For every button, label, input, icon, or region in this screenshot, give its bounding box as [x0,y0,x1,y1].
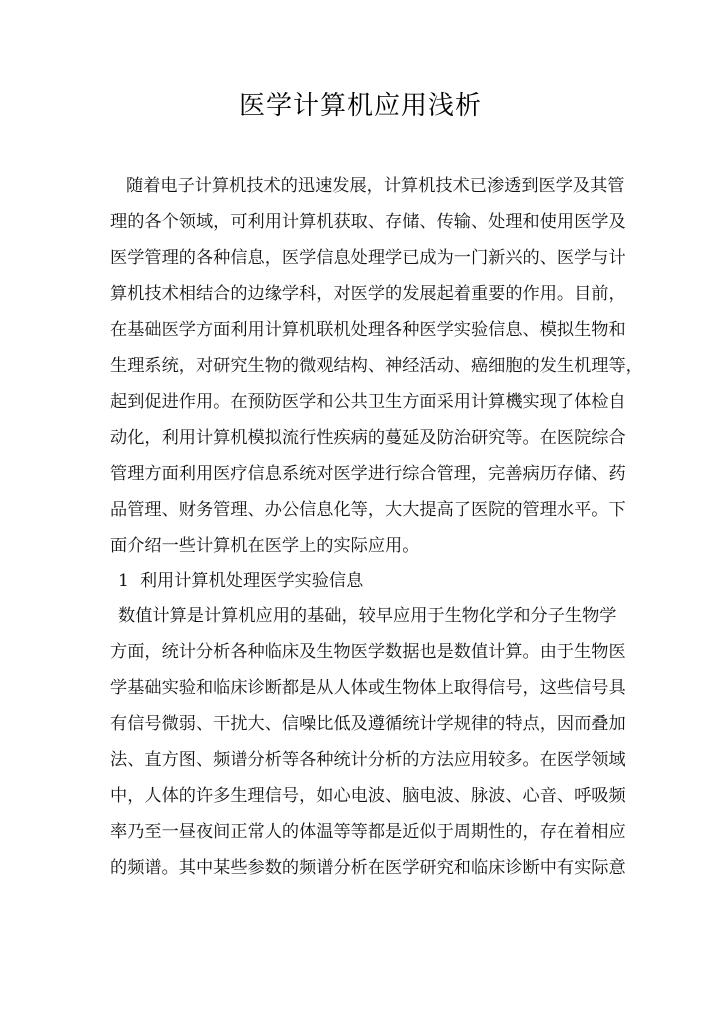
paragraph-1-line-10: 品管理、财务管理、办公信息化等，大大提高了医院的管理水平。下 [110,500,614,520]
paragraph-1-line-2: 理的各个领域，可利用计算机获取、存储、传输、处理和使用医学及 [110,212,614,232]
document-page: 医学计算机应用浅析 随着电子计算机技术的迅速发展，计算机技术已渗透到医学及其管 … [0,0,721,1020]
paragraph-2-line-1: 数值计算是计算机应用的基础，较早应用于生物化学和分子生物学 [118,606,614,626]
paragraph-1-line-1: 随着电子计算机技术的迅速发展，计算机技术已渗透到医学及其管 [126,176,614,196]
paragraph-1-line-8: 动化，利用计算机模拟流行性疾病的蔓延及防治研究等。在医院综合 [110,428,614,448]
paragraph-2-line-7: 率乃至一昼夜间正常人的体温等等都是近似于周期性的，存在着相应 [110,822,614,842]
paragraph-1-line-4: 算机技术相结合的边缘学科，对医学的发展起着重要的作用。目前， [110,284,614,304]
paragraph-2-line-8: 的频谱。其中某些参数的频谱分析在医学研究和临床诊断中有实际意 [110,858,614,878]
paragraph-1-line-7: 起到促进作用。在预防医学和公共卫生方面采用计算機实现了体检自 [110,392,614,412]
paragraph-1-line-6: 生理系统，对研究生物的微观结构、神经活动、癌细胞的发生机理等， [110,356,614,376]
paragraph-2-line-3: 学基础实验和临床诊断都是从人体或生物体上取得信号，这些信号具 [110,678,614,698]
paragraph-1-line-5: 在基础医学方面利用计算机联机处理各种医学实验信息、模拟生物和 [110,320,614,340]
paragraph-1-line-11: 面介绍一些计算机在医学上的实际应用。 [110,536,614,556]
paragraph-2-line-5: 法、直方图、频谱分析等各种统计分析的方法应用较多。在医学领域 [110,750,614,770]
paragraph-2-line-2: 方面，统计分析各种临床及生物医学数据也是数值计算。由于生物医 [110,642,614,662]
section-heading-1: 1 利用计算机处理医学实验信息 [118,571,614,591]
paragraph-1-line-3: 医学管理的各种信息，医学信息处理学已成为一门新兴的、医学与计 [110,248,614,268]
paragraph-2-line-6: 中，人体的许多生理信号，如心电波、脑电波、脉波、心音、呼吸频 [110,786,614,806]
document-title: 医学计算机应用浅析 [0,88,721,124]
paragraph-1-line-9: 管理方面利用医疗信息系统对医学进行综合管理，完善病历存储、药 [110,464,614,484]
paragraph-2-line-4: 有信号微弱、干扰大、信噪比低及遵循统计学规律的特点，因而叠加 [110,714,614,734]
